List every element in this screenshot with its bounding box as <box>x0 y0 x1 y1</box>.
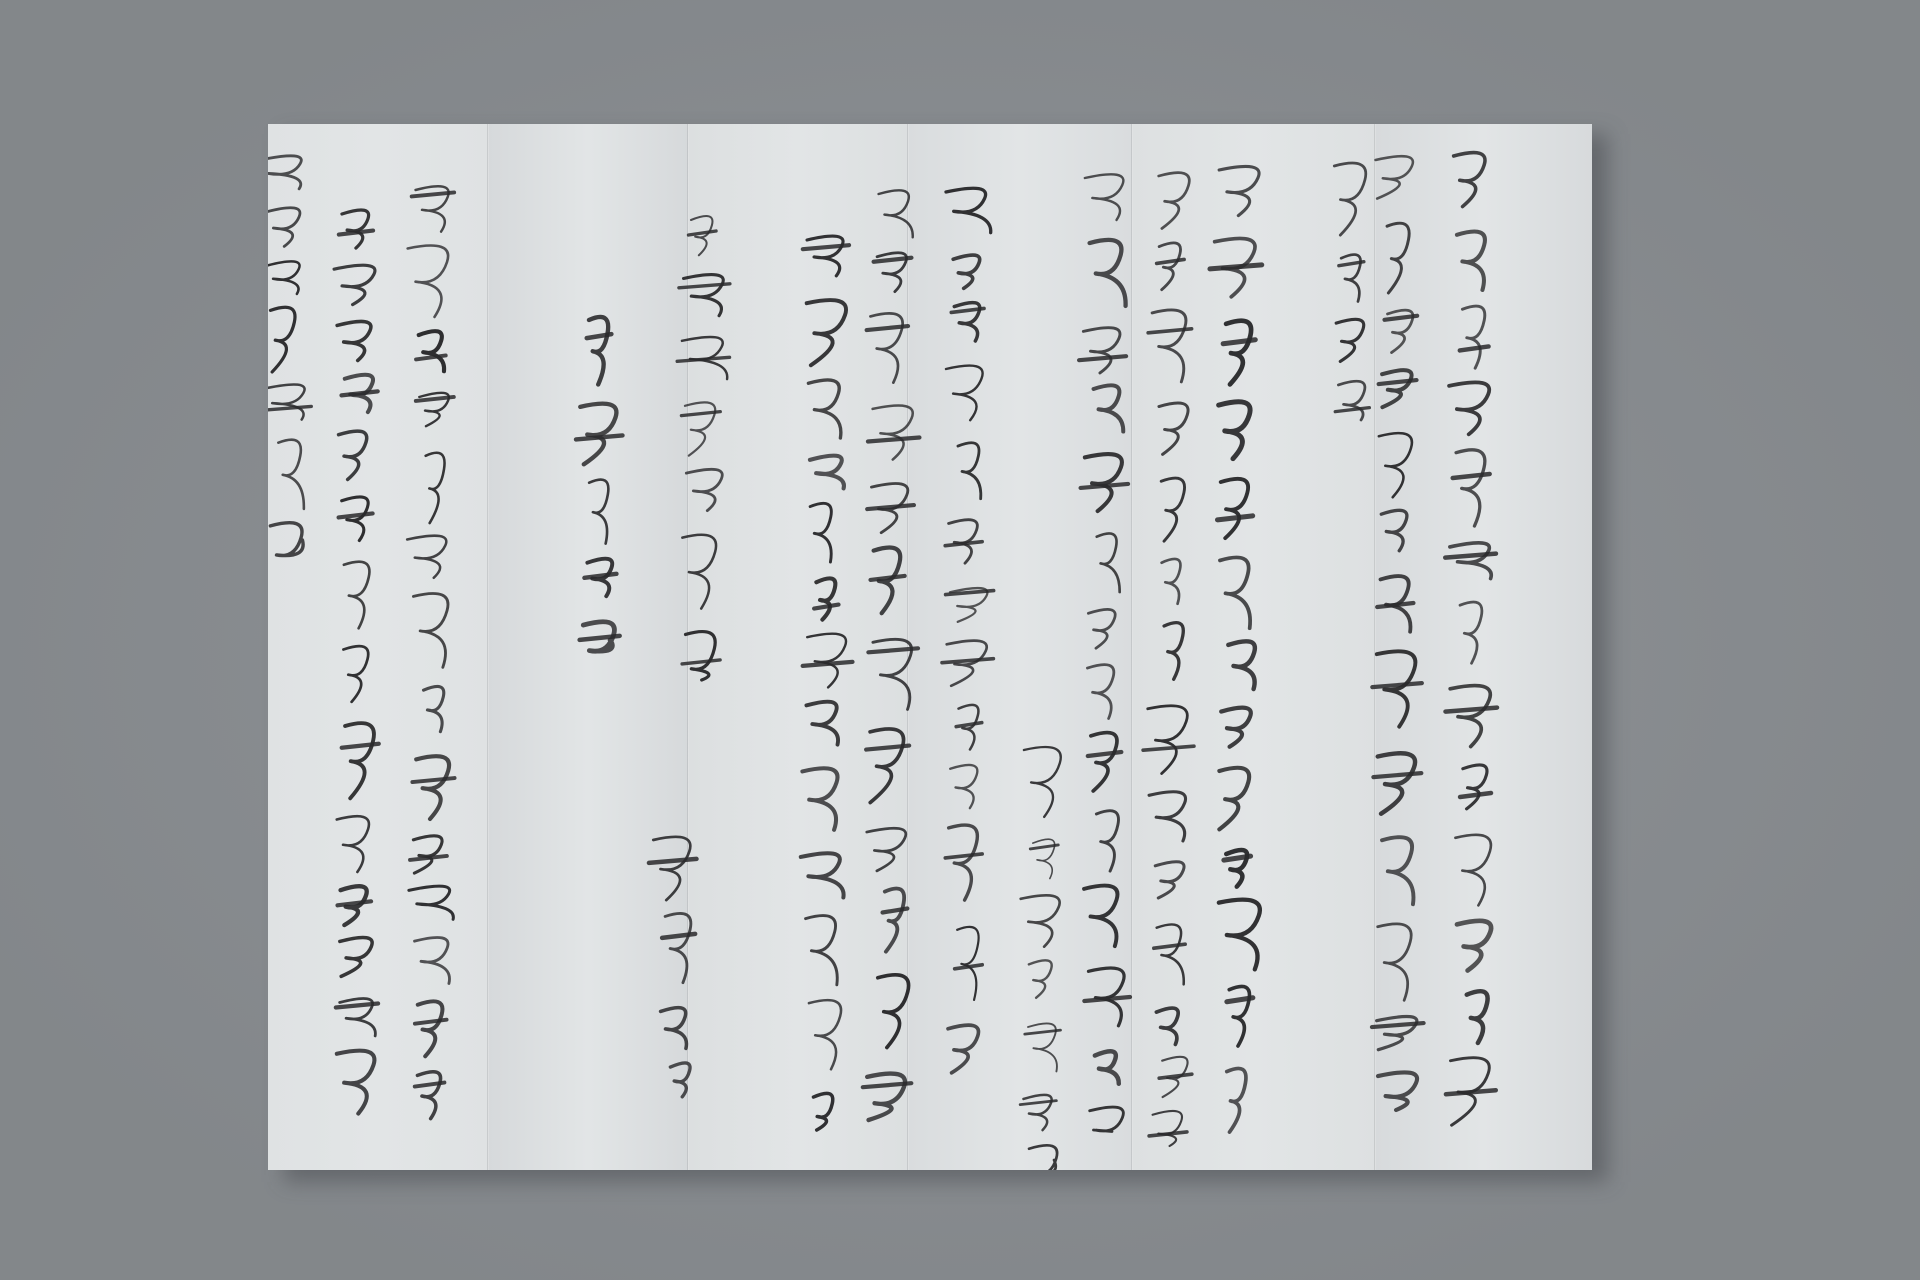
calligraphy-column <box>407 186 454 1118</box>
calligraphy-column <box>863 190 920 1120</box>
calligraphy-column <box>1445 153 1497 1126</box>
letter-paper: sōsho (cursive) kanji and kana vertical,… <box>268 124 1592 1170</box>
calligraphy-column <box>1020 747 1061 1170</box>
calligraphy-column <box>576 317 622 651</box>
calligraphy-column <box>1143 173 1194 1146</box>
calligraphy-column <box>801 236 853 1130</box>
calligraphy-column <box>649 837 697 1097</box>
calligraphy-column <box>1334 163 1369 420</box>
calligraphy-column <box>268 156 311 556</box>
calligraphy-ink <box>268 124 1592 1170</box>
calligraphy-column <box>1210 166 1262 1132</box>
calligraphy-column <box>1079 174 1130 1131</box>
calligraphy-column <box>334 210 379 1114</box>
calligraphy-column <box>1372 156 1424 1110</box>
calligraphy-column <box>677 216 730 680</box>
calligraphy-column <box>942 188 994 1073</box>
